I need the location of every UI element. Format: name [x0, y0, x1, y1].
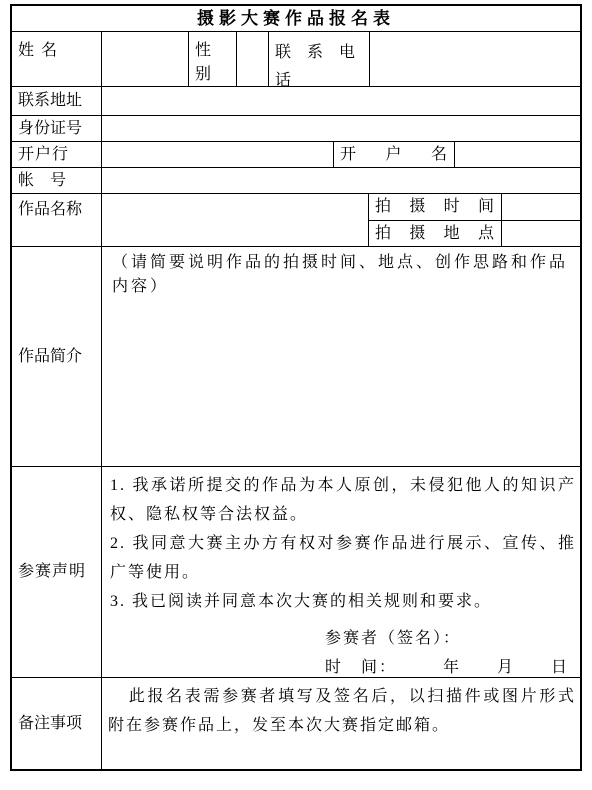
notes-content-cell: 此报名表需参赛者填写及签名后，以扫描件或图片形式附在参赛作品上，发至本次大赛指定…: [102, 678, 580, 769]
row-shoot-time: 拍摄时间: [369, 194, 580, 221]
work-name-value-cell: [102, 194, 369, 246]
notes-text: 此报名表需参赛者填写及签名后，以扫描件或图片形式附在参赛作品上，发至本次大赛指定…: [108, 682, 576, 740]
row-work-name: 作品名称 拍摄时间 拍摄地点: [12, 194, 580, 247]
form-title: 摄影大赛作品报名表: [12, 6, 580, 31]
address-label: 联系地址: [12, 87, 102, 115]
declaration-item-3: 3. 我已阅读并同意本次大赛的相关规则和要求。: [110, 587, 576, 616]
row-shoot-place: 拍摄地点: [369, 221, 580, 247]
bank-label: 开户行: [12, 142, 102, 167]
row-personal-info: 姓名 性别 联系电话: [12, 32, 580, 87]
name-value-cell: [102, 32, 189, 86]
row-work-intro: 作品简介 （请简要说明作品的拍摄时间、地点、创作思路和作品内容）: [12, 247, 580, 467]
declaration-item-1: 1. 我承诺所提交的作品为本人原创，未侵犯他人的知识产权、隐私权等合法权益。: [110, 471, 576, 529]
row-notes: 备注事项 此报名表需参赛者填写及签名后，以扫描件或图片形式附在参赛作品上，发至本…: [12, 678, 580, 769]
row-address: 联系地址: [12, 87, 580, 116]
shoot-time-value-cell: [502, 194, 580, 220]
phone-value-cell: [370, 32, 580, 86]
work-intro-hint: （请简要说明作品的拍摄时间、地点、创作思路和作品内容）: [112, 254, 568, 295]
row-bank: 开户行 开户名: [12, 142, 580, 168]
account-name-label: 开户名: [334, 142, 455, 167]
row-declaration: 参赛声明 1. 我承诺所提交的作品为本人原创，未侵犯他人的知识产权、隐私权等合法…: [12, 467, 580, 678]
row-id-number: 身份证号: [12, 116, 580, 142]
registration-form-table: 摄影大赛作品报名表 姓名 性别 联系电话 联系地址 身份证号 开户行 开户名 帐…: [10, 4, 582, 771]
row-account-number: 帐 号: [12, 168, 580, 194]
gender-value-cell: [237, 32, 269, 86]
id-number-label: 身份证号: [12, 116, 102, 141]
signature-line: 参赛者（签名）：: [325, 624, 576, 653]
declaration-label: 参赛声明: [12, 467, 102, 677]
shoot-place-value-cell: [502, 221, 580, 247]
account-name-value-cell: [455, 142, 580, 167]
signature-block: 参赛者（签名）： 时 间： 年 月 日: [325, 624, 576, 677]
gender-label: 性别: [189, 32, 237, 86]
shoot-place-label: 拍摄地点: [369, 221, 502, 247]
name-label: 姓名: [12, 32, 102, 86]
bank-value-cell: [102, 142, 334, 167]
title-row: 摄影大赛作品报名表: [12, 6, 580, 32]
shoot-time-label: 拍摄时间: [369, 194, 502, 220]
shoot-info-column: 拍摄时间 拍摄地点: [369, 194, 580, 246]
notes-label: 备注事项: [12, 678, 102, 769]
id-number-value-cell: [102, 116, 580, 141]
declaration-content-cell: 1. 我承诺所提交的作品为本人原创，未侵犯他人的知识产权、隐私权等合法权益。 2…: [102, 467, 580, 677]
phone-label: 联系电话: [269, 32, 370, 86]
address-value-cell: [102, 87, 580, 115]
work-intro-content-cell: （请简要说明作品的拍摄时间、地点、创作思路和作品内容）: [102, 247, 580, 466]
declaration-item-2: 2. 我同意大赛主办方有权对参赛作品进行展示、宣传、推广等使用。: [110, 529, 576, 587]
account-number-label: 帐 号: [12, 168, 102, 193]
work-intro-label: 作品简介: [12, 247, 102, 466]
date-line: 时 间： 年 月 日: [325, 653, 576, 677]
work-name-label: 作品名称: [12, 194, 102, 246]
account-number-value-cell: [102, 168, 580, 193]
